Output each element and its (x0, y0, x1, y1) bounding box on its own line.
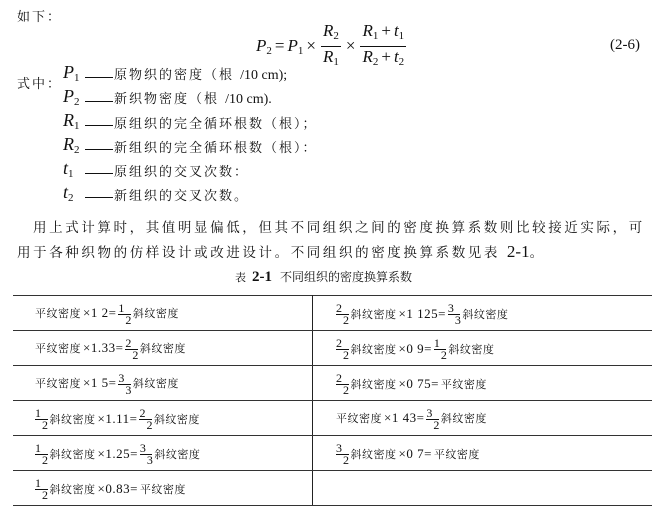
table-cell-right: 22斜纹密度×0 9=12斜纹密度 (313, 331, 653, 366)
fraction: 22 (125, 338, 139, 361)
conversion-formula: 22斜纹密度×1 125=33斜纹密度 (336, 302, 508, 325)
conversion-formula: 12斜纹密度×1.11=22斜纹密度 (35, 407, 200, 430)
fraction: 22 (336, 303, 350, 326)
table-cell-right: 平纹密度×1 43=32斜纹密度 (313, 401, 653, 436)
fraction: 33 (140, 443, 154, 466)
variable-definition: P1 原物织的密度（根 /10 cm); (63, 62, 318, 84)
conversion-formula: 平纹密度×1.33=22斜纹密度 (35, 337, 186, 360)
table-reference: 2-1 (507, 242, 530, 261)
fraction: 33 (448, 303, 462, 326)
paragraph-line-2: 用于各种织物的仿样设计或改进设计。不同组织的密度换算系数见表 2-1。 (17, 241, 546, 262)
conversion-formula: 平纹密度×1 5=33斜纹密度 (35, 372, 179, 395)
variable-definition: t1 原组织的交叉次数： (63, 158, 318, 180)
conversion-formula: 22斜纹密度×0 75=平纹密度 (336, 372, 487, 395)
table-row: 12斜纹密度×0.83=平纹密度 (13, 471, 652, 506)
table-cell-right: 22斜纹密度×0 75=平纹密度 (313, 366, 653, 401)
table-cell-left: 平纹密度×1 5=33斜纹密度 (13, 366, 313, 401)
table-cell-left: 12斜纹密度×0.83=平纹密度 (13, 471, 313, 506)
equals-sign: = (275, 36, 285, 56)
table-cell-left: 平纹密度×1.33=22斜纹密度 (13, 331, 313, 366)
density-conversion-table: 平纹密度×1 2=12斜纹密度22斜纹密度×1 125=33斜纹密度平纹密度×1… (13, 295, 652, 506)
variable-list: P1 原物织的密度（根 /10 cm); P2 新织物密度（根 /10 cm).… (63, 62, 318, 204)
fraction-r1t1-over-r2t2: R1+t1 R2+t2 (360, 21, 406, 72)
equation-number: (2-6) (610, 37, 640, 54)
fraction: 12 (35, 478, 49, 501)
table-cell-left: 平纹密度×1 2=12斜纹密度 (13, 296, 313, 331)
table-cell-right: 22斜纹密度×1 125=33斜纹密度 (313, 296, 653, 331)
table-row: 平纹密度×1.33=22斜纹密度22斜纹密度×0 9=12斜纹密度 (13, 331, 652, 366)
fraction: 33 (118, 373, 132, 396)
fraction: 12 (118, 303, 132, 326)
fraction: 12 (35, 408, 49, 431)
table-caption: 表2-1不同组织的密度换算系数 (235, 268, 412, 286)
fraction: 22 (139, 408, 153, 431)
fraction: 32 (426, 408, 440, 431)
fraction: 12 (434, 338, 448, 361)
times-sign: × (306, 36, 316, 56)
intro-text: 如下： (17, 6, 62, 25)
table-cell-left: 12斜纹密度×1.25=33斜纹密度 (13, 436, 313, 471)
fraction-r2-over-r1: R2 R1 (321, 21, 341, 72)
conversion-formula: 平纹密度×1 43=32斜纹密度 (336, 407, 487, 430)
table-row: 12斜纹密度×1.11=22斜纹密度平纹密度×1 43=32斜纹密度 (13, 401, 652, 436)
fraction: 22 (336, 373, 350, 396)
formula-lhs: P2 (256, 36, 272, 57)
fraction: 22 (336, 338, 350, 361)
conversion-formula: 22斜纹密度×0 9=12斜纹密度 (336, 337, 494, 360)
table-cell-right: 32斜纹密度×0 7=平纹密度 (313, 436, 653, 471)
where-label: 式中： (17, 73, 62, 92)
variable-definition: R1 原组织的完全循环根数（根）； (63, 110, 318, 132)
formula-p1: P1 (287, 36, 303, 57)
conversion-formula: 12斜纹密度×1.25=33斜纹密度 (35, 442, 200, 465)
fraction: 32 (336, 443, 350, 466)
table-row: 平纹密度×1 5=33斜纹密度22斜纹密度×0 75=平纹密度 (13, 366, 652, 401)
table-row: 12斜纹密度×1.25=33斜纹密度32斜纹密度×0 7=平纹密度 (13, 436, 652, 471)
variable-definition: t2 新组织的交叉次数。 (63, 182, 318, 204)
times-sign: × (346, 36, 356, 56)
conversion-formula: 12斜纹密度×0.83=平纹密度 (35, 477, 186, 500)
conversion-formula: 32斜纹密度×0 7=平纹密度 (336, 442, 480, 465)
variable-definition: P2 新织物密度（根 /10 cm). (63, 86, 318, 108)
fraction: 12 (35, 443, 49, 466)
variable-definition: R2 新组织的完全循环根数（根）： (63, 134, 318, 156)
table-row: 平纹密度×1 2=12斜纹密度22斜纹密度×1 125=33斜纹密度 (13, 296, 652, 331)
table-cell-left: 12斜纹密度×1.11=22斜纹密度 (13, 401, 313, 436)
table-cell-right (313, 471, 653, 506)
conversion-formula: 平纹密度×1 2=12斜纹密度 (35, 302, 179, 325)
paragraph-line-1: 用上式计算时，其值明显偏低，但其不同组织之间的密度换算系数则比较接近实际，可 (33, 216, 645, 236)
